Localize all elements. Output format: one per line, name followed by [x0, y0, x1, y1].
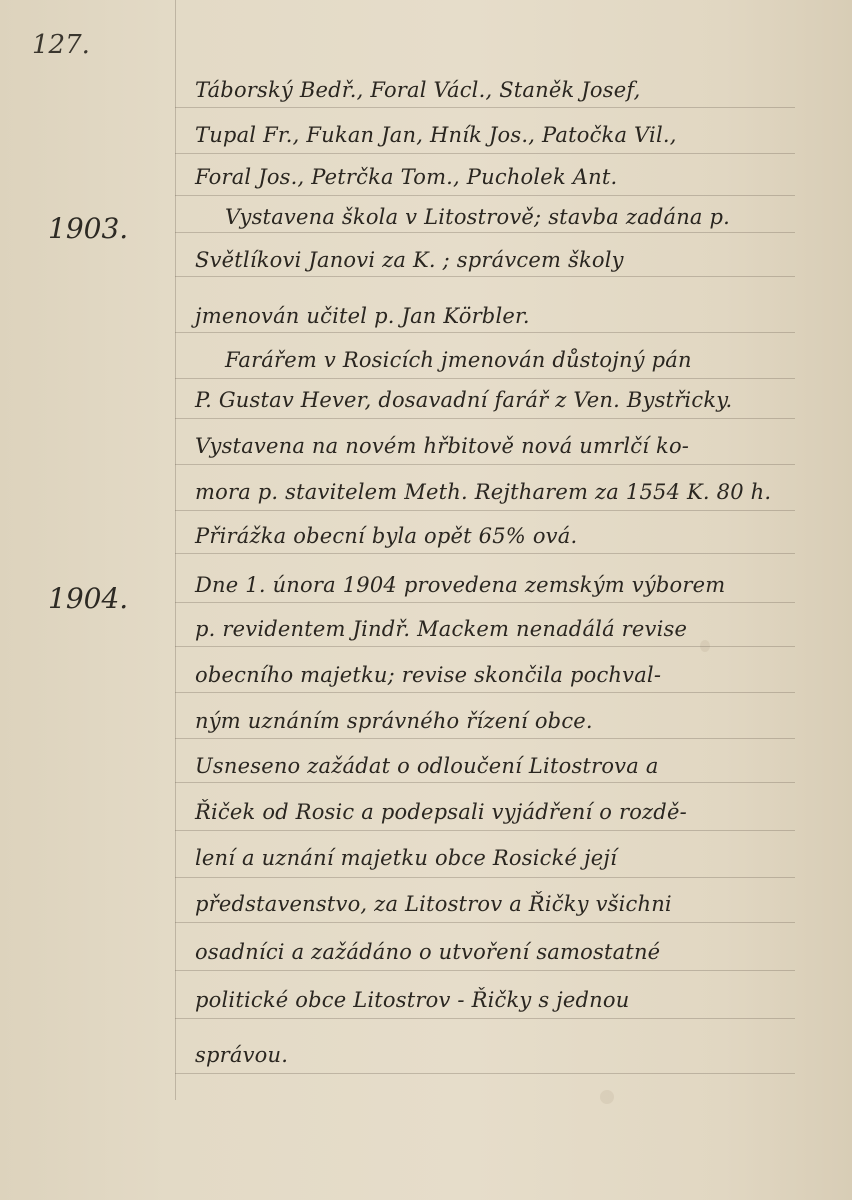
- ruled-line: [175, 602, 795, 603]
- text-line: obecního majetku; revise skončila pochva…: [195, 663, 815, 687]
- text-line: p. revidentem Jindř. Mackem nenadálá rev…: [195, 617, 815, 641]
- text-line: Řiček od Rosic a podepsali vyjádření o r…: [195, 800, 815, 824]
- year-label: 1904.: [48, 582, 128, 615]
- ruled-line: [175, 830, 795, 831]
- text-line: Foral Jos., Petrčka Tom., Pucholek Ant.: [195, 165, 815, 189]
- text-line: P. Gustav Hever, dosavadní farář z Ven. …: [195, 388, 815, 412]
- ruled-line: [175, 332, 795, 333]
- text-line: správou.: [195, 1043, 815, 1067]
- ruled-line: [175, 510, 795, 511]
- ruled-line: [175, 464, 795, 465]
- paper-stain: [600, 1090, 614, 1104]
- ruled-line: [175, 1073, 795, 1074]
- ruled-line: [175, 418, 795, 419]
- text-line: ným uznáním správného řízení obce.: [195, 709, 815, 733]
- text-line: Táborský Bedř., Foral Václ., Staněk Jose…: [195, 78, 815, 102]
- ruled-line: [175, 276, 795, 277]
- text-line: představenstvo, za Litostrov a Řičky vši…: [195, 892, 815, 916]
- ruled-line: [175, 232, 795, 233]
- text-line: Světlíkovi Janovi za K. ; správcem školy: [195, 248, 815, 272]
- text-line: lení a uznání majetku obce Rosické její: [195, 846, 815, 870]
- text-line: politické obce Litostrov - Řičky s jedno…: [195, 988, 815, 1012]
- ruled-line: [175, 782, 795, 783]
- margin-line: [175, 0, 176, 1100]
- ruled-line: [175, 970, 795, 971]
- text-line: jmenován učitel p. Jan Körbler.: [195, 304, 815, 328]
- ruled-line: [175, 107, 795, 108]
- ruled-line: [175, 877, 795, 878]
- text-line: Tupal Fr., Fukan Jan, Hník Jos., Patočka…: [195, 123, 815, 147]
- ruled-line: [175, 153, 795, 154]
- page-number: 127.: [32, 30, 90, 60]
- text-line: Farářem v Rosicích jmenován důstojný pán: [225, 348, 845, 372]
- text-line: Dne 1. února 1904 provedena zemským výbo…: [195, 573, 815, 597]
- text-line: mora p. stavitelem Meth. Rejtharem za 15…: [195, 480, 815, 504]
- ruled-line: [175, 1018, 795, 1019]
- ruled-line: [175, 692, 795, 693]
- text-line: Vystavena škola v Litostrově; stavba zad…: [225, 205, 845, 229]
- ruled-line: [175, 738, 795, 739]
- text-line: Vystavena na novém hřbitově nová umrlčí …: [195, 434, 815, 458]
- ruled-line: [175, 922, 795, 923]
- text-line: Přirážka obecní byla opět 65% ová.: [195, 524, 815, 548]
- text-line: Usneseno zažádat o odloučení Litostrova …: [195, 754, 815, 778]
- year-label: 1903.: [48, 212, 128, 245]
- text-line: osadníci a zažádáno o utvoření samostatn…: [195, 940, 815, 964]
- chronicle-page: 127. Táborský Bedř., Foral Václ., Staněk…: [0, 0, 852, 1200]
- ruled-line: [175, 646, 795, 647]
- ruled-line: [175, 553, 795, 554]
- ruled-line: [175, 195, 795, 196]
- ruled-line: [175, 378, 795, 379]
